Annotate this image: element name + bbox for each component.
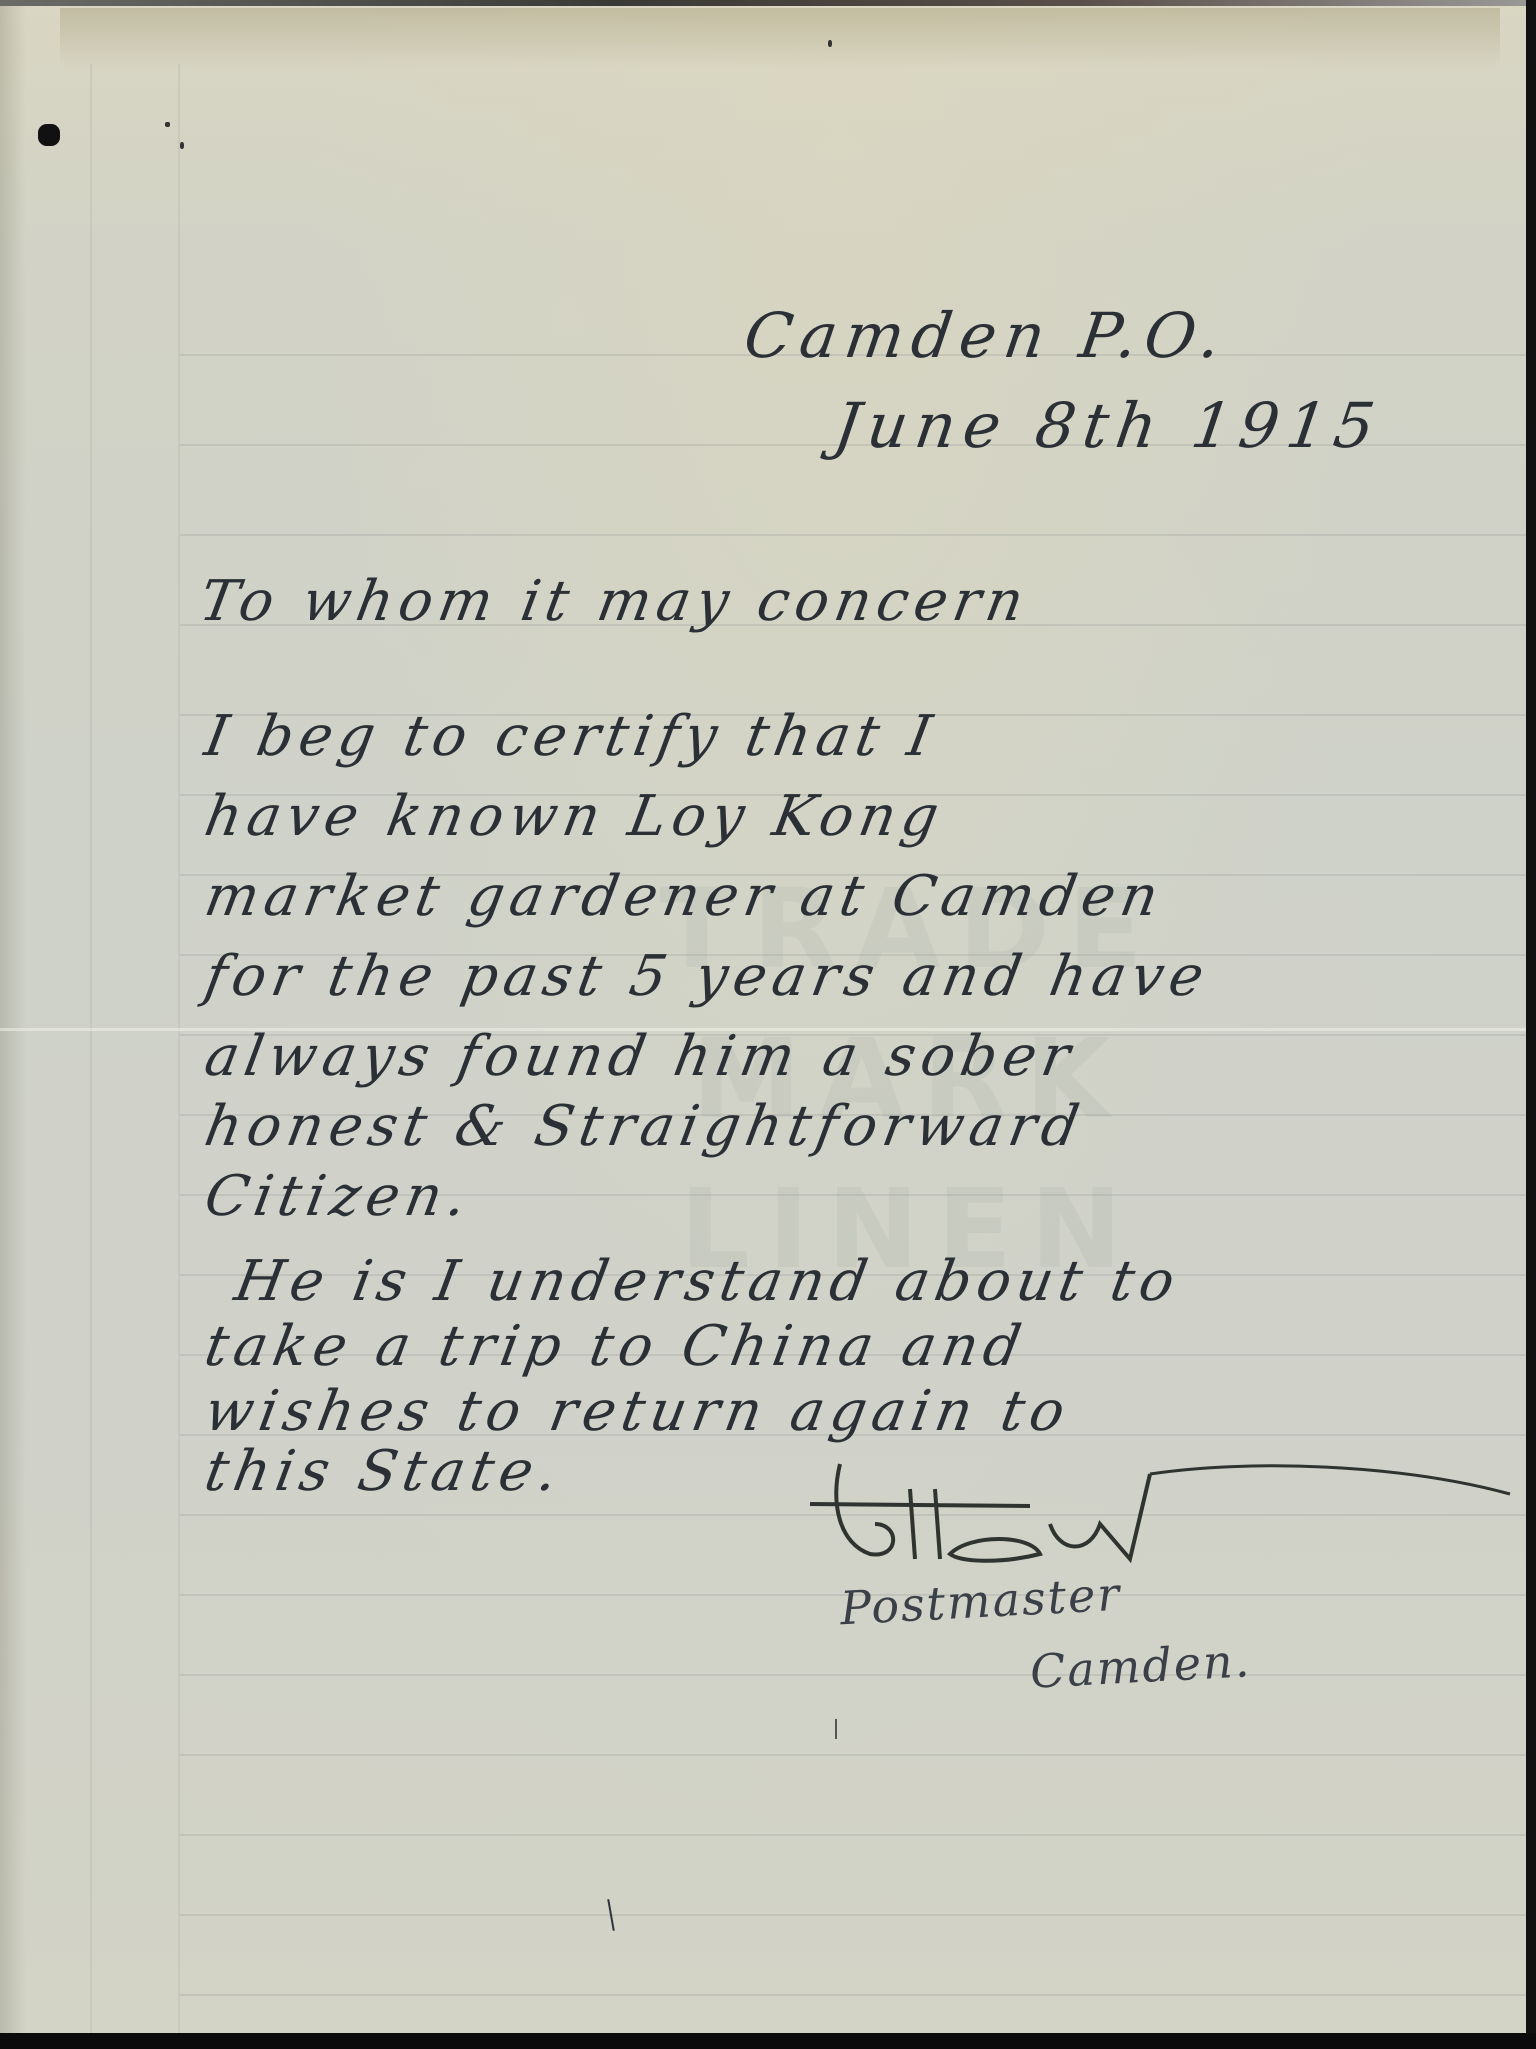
salutation: To whom it may concern [195, 569, 1034, 634]
margin-line-inner [178, 64, 180, 2034]
body-line: honest & Straightforward [200, 1094, 1090, 1159]
speck [180, 142, 184, 149]
letter-place: Camden P.O. [740, 299, 1233, 372]
body-line: always found him a sober [200, 1024, 1081, 1089]
body-line: wishes to return again to [200, 1379, 1076, 1444]
top-stain [60, 8, 1500, 68]
letter-page: TRADE MARK LINEN Camden P.O. June 8th 19… [0, 4, 1528, 2034]
body-line: have known Loy Kong [200, 784, 949, 849]
pen-mark [835, 1719, 837, 1739]
margin-line-outer [90, 64, 92, 2034]
left-edge-shade [0, 4, 26, 2038]
body-line: He is I understand about to [230, 1249, 1185, 1314]
signer-title: Postmaster [839, 1567, 1123, 1636]
body-line: take a trip to China and [200, 1314, 1032, 1379]
speck [828, 40, 832, 47]
scan-right-edge [1526, 0, 1536, 2049]
ruled-line [180, 1754, 1530, 1756]
body-line: I beg to certify that I [200, 704, 942, 769]
ink-blot [38, 124, 60, 146]
body-line: Citizen. [200, 1164, 477, 1229]
scan-bottom-edge [0, 2033, 1536, 2049]
signer-location: Camden. [1029, 1633, 1253, 1699]
ruled-line [180, 534, 1530, 536]
ruled-line [180, 1914, 1530, 1916]
ruled-line [180, 1674, 1530, 1676]
speck [165, 122, 170, 127]
letter-date: June 8th 1915 [830, 389, 1387, 462]
signature-scrawl [800, 1444, 1520, 1574]
body-line: this State. [200, 1439, 568, 1504]
ruled-line [180, 1994, 1530, 1996]
body-line: for the past 5 years and have [200, 944, 1215, 1009]
body-line: market gardener at Camden [200, 864, 1169, 929]
scan-top-edge [0, 0, 1536, 6]
ruled-line [180, 1834, 1530, 1836]
